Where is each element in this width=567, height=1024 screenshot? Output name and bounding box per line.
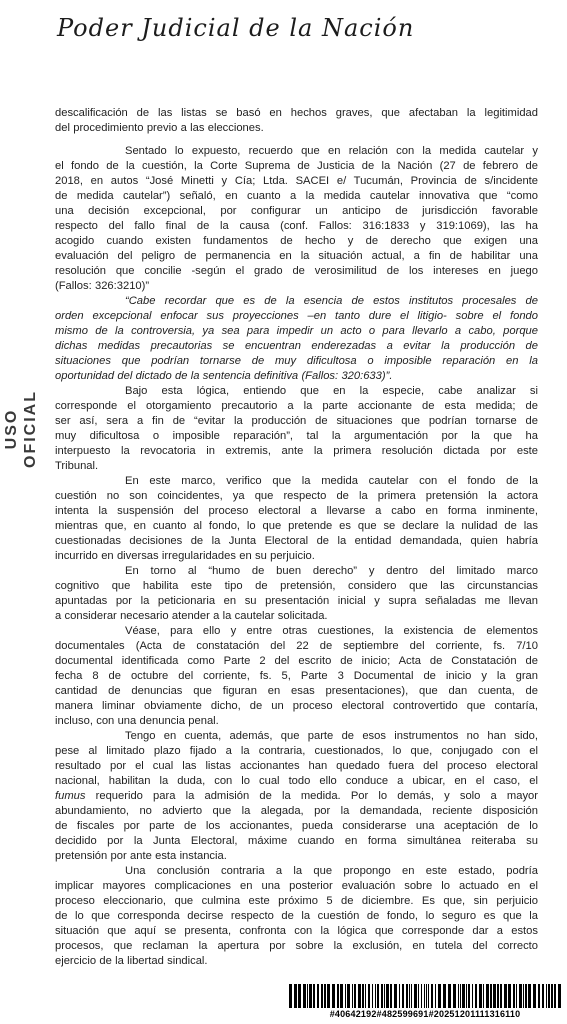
stamp-line-uso: USO (2, 381, 21, 477)
text-line: Bajo esta lógica, entiendo que en la esp… (55, 384, 538, 399)
uso-oficial-stamp: USO OFICIAL (2, 381, 35, 477)
barcode-value: #40642192#482599691#20251201111316110 (285, 1009, 565, 1019)
text-line: cantidad de denuncias que figuran en esa… (55, 684, 538, 699)
barcode-bars (285, 984, 565, 1008)
text-line: documentales (Acta de constatación del 2… (55, 639, 538, 654)
text-line: Tribunal. (55, 459, 538, 474)
barcode: #40642192#482599691#20251201111316110 (285, 984, 565, 1019)
text-line: intenta la suspensión del proceso electo… (55, 504, 538, 519)
text-line: 2018, en autos “José Minetti y Cía; Ltda… (55, 174, 538, 189)
text-line: Una conclusión contraria a la que propon… (55, 864, 538, 879)
text-line: resolución que concilie -según el grado … (55, 264, 538, 279)
text-line: a considerar necesario atender a la caut… (55, 609, 538, 624)
text-line: Sentado lo expuesto, recuerdo que en rel… (55, 144, 538, 159)
text-line: resultado por el cual las listas acciona… (55, 759, 538, 774)
text-line: evaluación del peligro de permanencia en… (55, 249, 538, 264)
letterhead-title: Poder Judicial de la Nación (57, 14, 414, 42)
paragraph: Bajo esta lógica, entiendo que en la esp… (55, 384, 538, 474)
text-line: fumus requerido para la admisión de la m… (55, 789, 538, 804)
text-line: orden excepcional enfocar sus proyeccion… (55, 309, 538, 324)
text-line: muy dificultosa o imposible reparación”,… (55, 429, 538, 444)
text-line: de lo que corresponda decirse respecto d… (55, 909, 538, 924)
text-line: Véase, para ello y entre otras cuestione… (55, 624, 538, 639)
paragraph: “Cabe recordar que es de la esencia de e… (55, 294, 538, 384)
text-line: pese al limitado plazo fijado a la contr… (55, 744, 538, 759)
text-line: cognitivo que habilita este tipo de pret… (55, 579, 538, 594)
text-line: apuntadas por la peticionaria en su pres… (55, 594, 538, 609)
text-line: incluso, con una denuncia penal. (55, 714, 538, 729)
text-line: de fiscales por parte de los accionantes… (55, 819, 538, 834)
text-line: mismo de la controversia, ya sea para im… (55, 324, 538, 339)
text-line: situación que aquí se presenta, confront… (55, 924, 538, 939)
text-line: corresponde el otorgamiento precautorio … (55, 399, 538, 414)
text-line: el fondo de la cuestión, la Corte Suprem… (55, 159, 538, 174)
text-line: interpuesto la revocatoria in extremis, … (55, 444, 538, 459)
text-line: mientras que, en cuanto al fondo, lo que… (55, 519, 538, 534)
text-line: situaciones que podrían tornarse de muy … (55, 354, 538, 369)
text-line: cuestión no son coincidentes, ya que res… (55, 489, 538, 504)
text-line: ejercicio de la libertad sindical. (55, 954, 538, 969)
paragraph: En este marco, verifico que la medida ca… (55, 474, 538, 564)
text-line: En torno al “humo de buen derecho” y den… (55, 564, 538, 579)
text-line: nacional, habilitan la duda, con lo cual… (55, 774, 538, 789)
text-line: dichas medidas precautorias se encuentra… (55, 339, 538, 354)
text-line: (Fallos: 326:3210)” (55, 279, 538, 294)
text-line: de medida cautelar”) señaló, en cuanto a… (55, 189, 538, 204)
text-line: proceso eleccionario, que culmina este p… (55, 894, 538, 909)
paragraph: Una conclusión contraria a la que propon… (55, 864, 538, 969)
paragraph: Véase, para ello y entre otras cuestione… (55, 624, 538, 729)
text-line: pretensión por ante esta instancia. (55, 849, 538, 864)
paragraph: descalificación de las listas se basó en… (55, 106, 538, 136)
text-line: del procedimiento previo a las eleccione… (55, 121, 538, 136)
text-line: cuestionadas decisiones de la Junta Elec… (55, 534, 538, 549)
text-line: acogido cuando existen fundamentos de he… (55, 234, 538, 249)
text-line: documental identificada como Parte 2 del… (55, 654, 538, 669)
text-line: oportunidad del dictado de la sentencia … (55, 369, 538, 384)
text-line: En este marco, verifico que la medida ca… (55, 474, 538, 489)
text-line: procesos, que reclaman la apertura por s… (55, 939, 538, 954)
paragraph: Tengo en cuenta, además, que parte de es… (55, 729, 538, 864)
paragraph: En torno al “humo de buen derecho” y den… (55, 564, 538, 624)
text-line: descalificación de las listas se basó en… (55, 106, 538, 121)
text-line: respecto del fallo final de la causa (co… (55, 219, 538, 234)
text-line: fecha 8 de octubre del corriente, fs. 5,… (55, 669, 538, 684)
text-line: incurrido en diversas irregularidades en… (55, 549, 538, 564)
stamp-line-oficial: OFICIAL (21, 381, 35, 477)
text-line: “Cabe recordar que es de la esencia de e… (55, 294, 538, 309)
text-line: manera liminar obviamente dicho, de un p… (55, 699, 538, 714)
document-body: descalificación de las listas se basó en… (55, 106, 538, 969)
paragraph: Sentado lo expuesto, recuerdo que en rel… (55, 144, 538, 294)
text-line: ser así, sera a fin de “evitar la produc… (55, 414, 538, 429)
text-line: abundamiento, no advierto que la alegada… (55, 804, 538, 819)
text-line: Tengo en cuenta, además, que parte de es… (55, 729, 538, 744)
text-line: implicar mayores complicaciones en una p… (55, 879, 538, 894)
text-line: una decisión excepcional, por configurar… (55, 204, 538, 219)
document-paragraphs: descalificación de las listas se basó en… (55, 106, 538, 969)
text-line: decidido por la Junta Electoral, máxime … (55, 834, 538, 849)
uso-oficial-stamp-text: USO OFICIAL (2, 381, 35, 477)
document-page: Poder Judicial de la Nación USO OFICIAL … (0, 0, 567, 1024)
